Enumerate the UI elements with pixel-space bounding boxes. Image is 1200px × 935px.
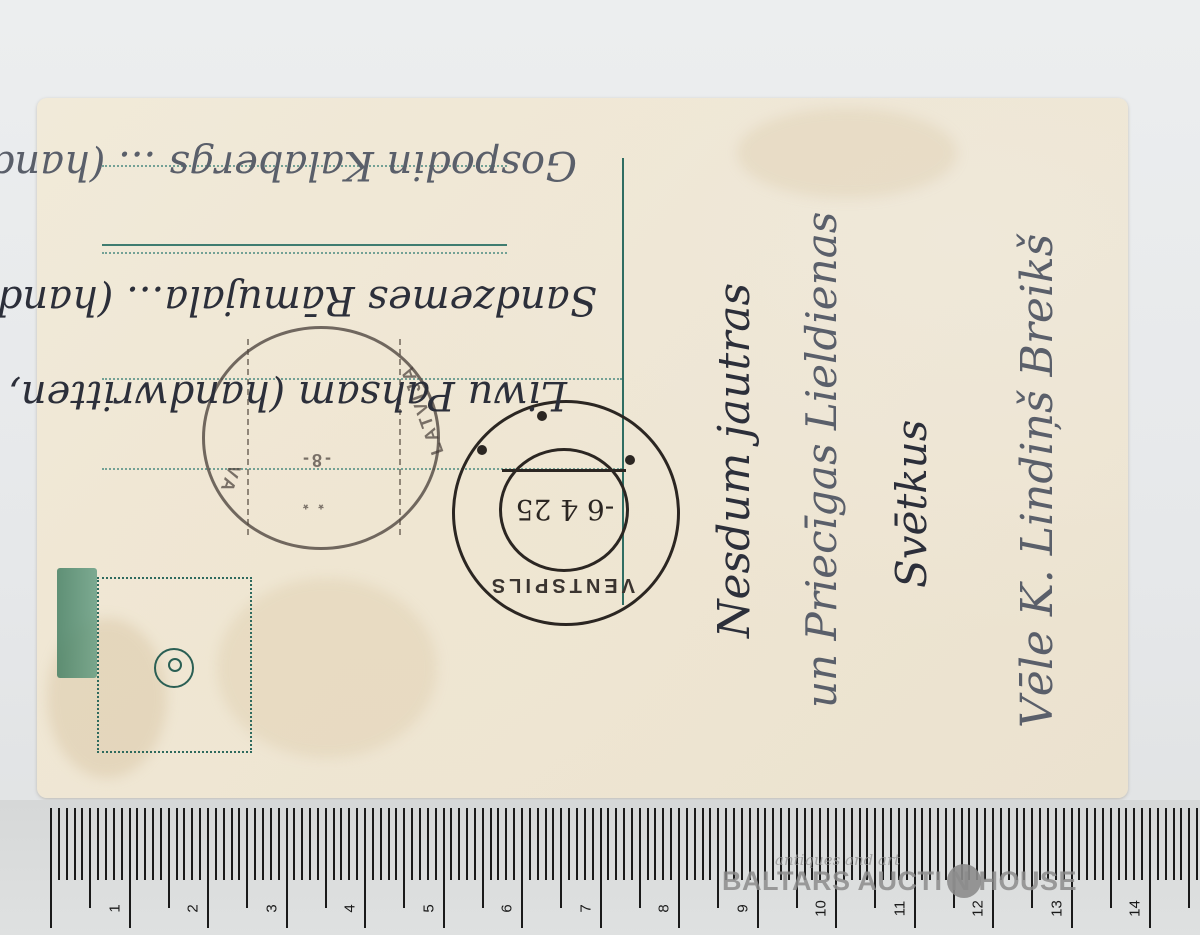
ruler-tick (58, 808, 60, 880)
ruler-tick (380, 808, 382, 880)
ruler-tick (160, 808, 162, 880)
ruler-tick (395, 808, 397, 880)
ruler-label: 3 (263, 899, 280, 919)
ruler-tick (1118, 808, 1120, 880)
ruler-tick (97, 808, 99, 880)
ruler-label: 14 (1127, 899, 1144, 919)
ruler-tick (529, 808, 531, 880)
ruler-tick (1125, 808, 1127, 880)
handwritten-message-line-3: Svētkus (887, 420, 936, 588)
ruler-tick (1188, 808, 1190, 908)
ruler-tick (694, 808, 696, 880)
ruler-tick (466, 808, 468, 880)
ruler-tick (1094, 808, 1096, 880)
ruler-tick (568, 808, 570, 880)
ruler-label: 9 (734, 899, 751, 919)
ruler-tick (686, 808, 688, 880)
ruler-tick (403, 808, 405, 908)
ruler-tick (1086, 808, 1088, 880)
ruler-tick (623, 808, 625, 880)
ruler-tick (505, 808, 507, 880)
ruler-tick (670, 808, 672, 880)
stain (737, 108, 957, 198)
postcard: LATVIJA VA -8- * * -6 4 25 VENTSPILS Gos… (37, 98, 1128, 798)
postmark-ventspils: -6 4 25 VENTSPILS (452, 400, 680, 626)
ruler-tick (427, 808, 429, 880)
handwritten-address-line-2: Sandzemes Rāmujala... (handwritten, upsi… (0, 277, 597, 323)
ruler-tick (301, 808, 303, 880)
postmark-dot (625, 455, 635, 465)
postmark-stars: * * (300, 497, 324, 513)
ruler-tick (607, 808, 609, 880)
postmark-dot (477, 445, 487, 455)
postmark-inner-ring: -6 4 25 (499, 448, 629, 572)
handwritten-address-line-1: Gospodin Kalabergs ... (handwritten, ups… (0, 142, 577, 188)
ruler-label: 5 (420, 899, 437, 919)
address-divider (102, 244, 507, 246)
ruler-label: 11 (891, 899, 908, 919)
ruler-tick (1173, 808, 1175, 880)
ruler-tick (435, 808, 437, 880)
ruler-tick (419, 808, 421, 880)
ruler-tick (615, 808, 617, 880)
ruler-tick (1180, 808, 1182, 880)
ruler-tick (262, 808, 264, 880)
ruler-tick (521, 808, 523, 928)
ruler-tick (270, 808, 272, 880)
ruler-tick (458, 808, 460, 880)
ruler-tick (325, 808, 327, 908)
ruler-label: 10 (813, 899, 830, 919)
ruler-tick (1110, 808, 1112, 908)
ruler-tick (317, 808, 319, 880)
ruler-tick (144, 808, 146, 880)
ruler-tick (1141, 808, 1143, 880)
ruler-tick (293, 808, 295, 880)
ruler-tick (450, 808, 452, 880)
ruler-tick (552, 808, 554, 880)
ruler-tick (333, 808, 335, 880)
ruler-label: 4 (342, 899, 359, 919)
ruler-tick (600, 808, 602, 928)
address-line-2 (102, 252, 507, 254)
ruler-tick (545, 808, 547, 880)
ruler-tick (497, 808, 499, 880)
ruler-tick (388, 808, 390, 880)
watermark-logo-icon (947, 864, 981, 898)
ruler-tick (348, 808, 350, 880)
ruler-tick (309, 808, 311, 880)
ruler-tick (129, 808, 131, 928)
ruler-tick (66, 808, 68, 880)
ruler-tick (74, 808, 76, 880)
ruler-tick (709, 808, 711, 880)
ruler-tick (584, 808, 586, 880)
postmark-latvija: LATVIJA VA -8- * * (202, 326, 440, 550)
ruler-tick (654, 808, 656, 880)
ruler-tick (1196, 808, 1198, 880)
postmark-date: -6 4 25 (510, 493, 620, 526)
ruler-label: 1 (106, 899, 123, 919)
ruler-tick (372, 808, 374, 880)
ruler-tick (576, 808, 578, 880)
ruler-tick (199, 808, 201, 880)
ruler-tick (81, 808, 83, 880)
ruler-tick (662, 808, 664, 880)
ruler-tick (89, 808, 91, 908)
ruler-tick (246, 808, 248, 908)
ruler-tick (231, 808, 233, 880)
ruler-tick (183, 808, 185, 880)
ruler-tick (443, 808, 445, 928)
ruler-tick (113, 808, 115, 880)
handwritten-message-line-1: Nesdum jautras (709, 283, 760, 638)
postmark-town: VENTSPILS (495, 573, 635, 596)
ruler-label: 12 (970, 899, 987, 919)
ruler-tick (121, 808, 123, 880)
ruler-label: 2 (185, 899, 202, 919)
ruler-tick (560, 808, 562, 908)
ruler-label: 7 (577, 899, 594, 919)
ruler-tick (639, 808, 641, 908)
stamp-emblem-icon (154, 648, 194, 688)
handwritten-message-line-4: Vēle K. Lindiņš Breikš (1012, 234, 1063, 728)
ruler-tick (678, 808, 680, 928)
ruler-tick (537, 808, 539, 880)
ruler-tick (340, 808, 342, 880)
ruler-tick (631, 808, 633, 880)
postmark-date: -8- (300, 449, 331, 470)
ruler-tick (482, 808, 484, 908)
ruler-tick (1149, 808, 1151, 928)
ruler-tick (215, 808, 217, 880)
watermark-name: BALTARS AUCTI N HOUSE (722, 866, 1077, 897)
ruler-tick (50, 808, 52, 928)
ruler-tick (286, 808, 288, 928)
ruler-tick (207, 808, 209, 928)
ruler-tick (356, 808, 358, 880)
ruler-tick (238, 808, 240, 880)
ruler-tick (1102, 808, 1104, 880)
ruler-tick (717, 808, 719, 908)
ruler-tick (474, 808, 476, 880)
ruler-tick (592, 808, 594, 880)
ruler-tick (513, 808, 515, 880)
ruler-label: 8 (656, 899, 673, 919)
postmark-partial: VA (215, 462, 245, 497)
ruler-tick (191, 808, 193, 880)
ruler-tick (490, 808, 492, 880)
ruler-tick (176, 808, 178, 880)
ruler-tick (1165, 808, 1167, 880)
ruler-tick (411, 808, 413, 880)
ruler-tick (152, 808, 154, 880)
ruler-tick (1157, 808, 1159, 880)
ruler-tick (168, 808, 170, 908)
ruler-tick (702, 808, 704, 880)
stamp-fragment (57, 568, 97, 678)
postmark-bars (247, 339, 401, 535)
handwritten-message-line-2: un Priecīgas Lieldienas (797, 212, 846, 708)
ruler-tick (223, 808, 225, 880)
ruler-tick (364, 808, 366, 928)
ruler-tick (1133, 808, 1135, 880)
handwritten-address-line-3: Liwu Pahsam (handwritten, upside down) (0, 372, 567, 418)
ruler-tick (105, 808, 107, 880)
postmark-bar (502, 469, 626, 472)
ruler-label: 13 (1048, 899, 1065, 919)
ruler-label: 6 (499, 899, 516, 919)
ruler-tick (647, 808, 649, 880)
ruler-tick (254, 808, 256, 880)
ruler-tick (1078, 808, 1080, 880)
ruler-tick (136, 808, 138, 880)
ruler-tick (278, 808, 280, 880)
